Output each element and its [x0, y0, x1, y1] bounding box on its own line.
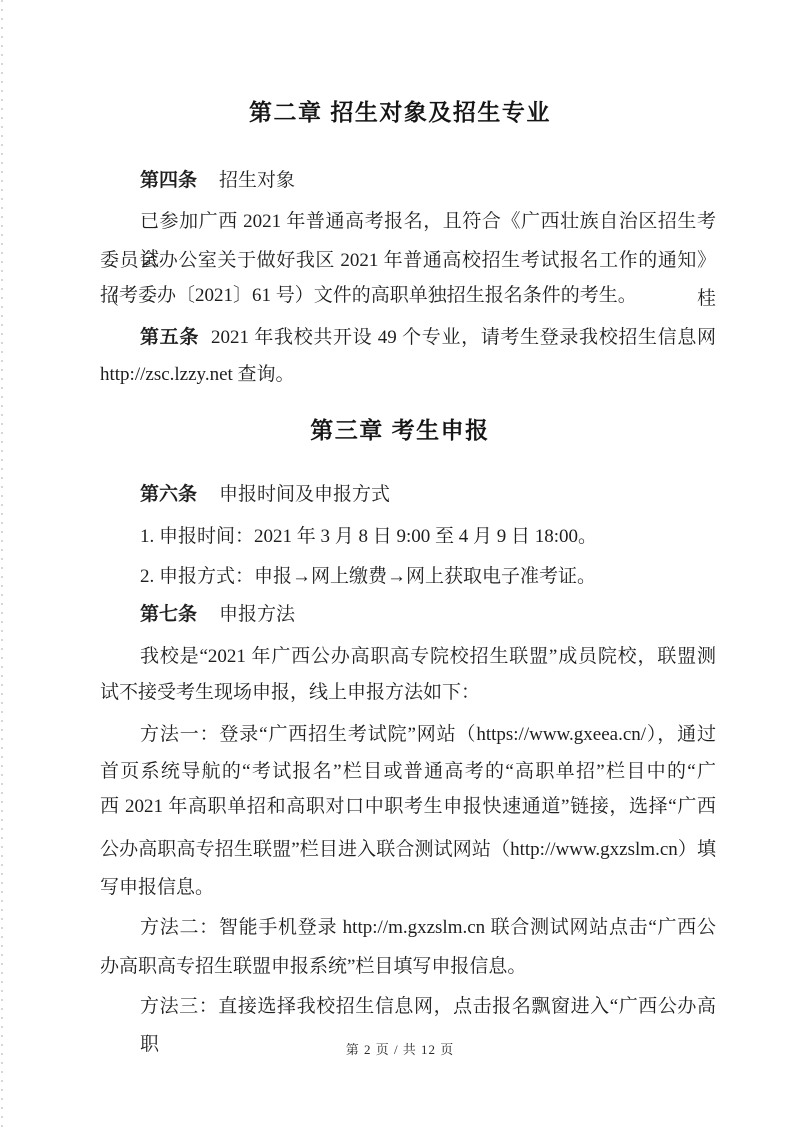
article-7-label: 第七条	[140, 604, 197, 625]
chapter-2-heading: 第二章 招生对象及招生专业	[0, 93, 800, 131]
method-2-line-1: 方法二：智能手机登录 http://m.gxzslm.cn 联合测试网站点击“广…	[100, 909, 716, 947]
article-6-title: 申报时间及申报方式	[219, 484, 390, 505]
article-5-url-line: http://zsc.lzzy.net 查询。	[100, 356, 716, 394]
page-number-footer: 第 2 页 / 共 12 页	[0, 1040, 800, 1060]
method-1-line-1: 方法一：登录“广西招生考试院”网站（https://www.gxeea.cn/）…	[100, 716, 716, 754]
eligibility-paragraph-line-2: 委员会办公室关于做好我区 2021 年普通高校招生考试报名工作的通知》（桂	[100, 242, 716, 280]
alliance-paragraph-line-1: 我校是“2021 年广西公办高职高专院校招生联盟”成员院校，联盟测	[100, 638, 716, 676]
eligibility-paragraph-line-3: 招考委办〔2021〕61 号）文件的高职单独招生报名条件的考生。	[100, 277, 716, 315]
eligibility-paragraph-line-1: 已参加广西 2021 年普通高考报名，且符合《广西壮族自治区招生考试	[100, 203, 716, 241]
method-3-line-1: 方法三：直接选择我校招生信息网，点击报名飘窗进入“广西公办高职	[100, 988, 716, 1026]
method-2-line-2: 办高职高专招生联盟申报系统”栏目填写申报信息。	[100, 948, 716, 986]
article-4-label: 第四条	[140, 170, 197, 191]
method-1-line-2: 首页系统导航的“考试报名”栏目或普通高考的“高职单招”栏目中的“广	[100, 753, 716, 791]
method-1-line-5: 写申报信息。	[100, 869, 716, 907]
document-page: 第二章 招生对象及招生专业 第四条招生对象 已参加广西 2021 年普通高考报名…	[0, 0, 800, 1132]
article-5-text: 2021 年我校共开设 49 个专业，请考生登录我校招生信息网	[211, 327, 716, 348]
article-5-line: 第五条2021 年我校共开设 49 个专业，请考生登录我校招生信息网	[100, 319, 716, 357]
article-4-line: 第四条招生对象	[100, 162, 716, 200]
article-6-line: 第六条申报时间及申报方式	[100, 476, 716, 514]
article-7-line: 第七条申报方法	[100, 596, 716, 634]
declare-time-item: 1. 申报时间：2021 年 3 月 8 日 9:00 至 4 月 9 日 18…	[100, 518, 716, 556]
scan-edge-artifact	[1, 0, 3, 1132]
article-7-title: 申报方法	[219, 604, 295, 625]
article-5-label: 第五条	[140, 327, 199, 348]
method-1-line-3: 西 2021 年高职单招和高职对口中职考生申报快速通道”链接，选择“广西	[100, 788, 716, 826]
alliance-paragraph-line-2: 试不接受考生现场申报，线上申报方法如下：	[100, 674, 716, 712]
chapter-3-heading: 第三章 考生申报	[0, 411, 800, 449]
article-4-title: 招生对象	[219, 170, 295, 191]
declare-method-item: 2. 申报方式：申报→网上缴费→网上获取电子准考证。	[100, 558, 716, 596]
article-6-label: 第六条	[140, 484, 197, 505]
method-1-line-4: 公办高职高专招生联盟”栏目进入联合测试网站（http://www.gxzslm.…	[100, 831, 716, 869]
